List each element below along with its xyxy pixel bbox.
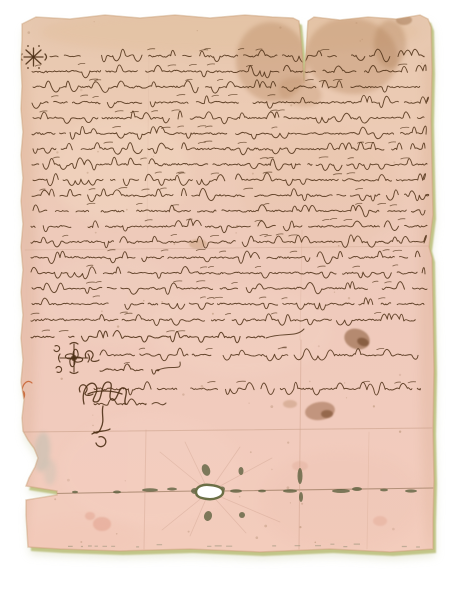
parchment-scan <box>0 0 469 600</box>
notary-rosette-center <box>71 355 77 361</box>
invocation-cross-dot <box>38 67 40 69</box>
worm-hole <box>196 485 223 499</box>
invocation-cross-dot <box>27 45 29 47</box>
manuscript-photo: Photograph of a medieval parchment chart… <box>0 0 469 600</box>
invocation-cross-dot <box>38 45 40 47</box>
invocation-cross-dot <box>27 67 29 69</box>
